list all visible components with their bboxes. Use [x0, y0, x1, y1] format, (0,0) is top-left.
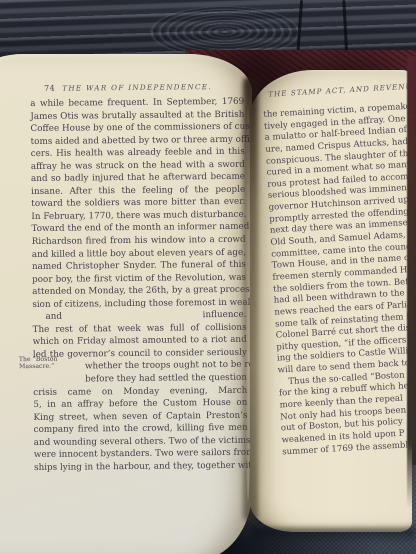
left-page-text: 74 THE WAR OF INDEPENDENCE. The “Boston …: [30, 80, 248, 475]
right-page: THE STAMP ACT, AND REVENUE LA the remain…: [250, 70, 412, 532]
right-page-body: the remaining victim, a ropemaker, had b…: [263, 100, 416, 458]
page-bottom-shadow: [252, 528, 416, 544]
page-number: 74: [44, 84, 55, 93]
book-photo-scene: 74 THE WAR OF INDEPENDENCE. The “Boston …: [0, 0, 416, 554]
margin-note-line: Massacre.”: [19, 363, 65, 371]
book-cover-edge: [407, 56, 416, 508]
text-line: ships lying in the harbour, and they, to…: [34, 460, 248, 475]
running-head-right: THE STAMP ACT, AND REVENUE LA: [262, 80, 416, 99]
left-page-header: 74 THE WAR OF INDEPENDENCE.: [30, 80, 244, 96]
right-page-text: THE STAMP ACT, AND REVENUE LA the remain…: [262, 80, 416, 458]
page-gutter-shadow: [243, 76, 258, 522]
left-page: 74 THE WAR OF INDEPENDENCE. The “Boston …: [0, 54, 252, 554]
left-page-body: The “Boston Massacre.” a while became fr…: [30, 96, 248, 475]
running-head-left: THE WAR OF INDEPENDENCE.: [30, 80, 244, 93]
margin-note: The “Boston Massacre.”: [19, 356, 65, 371]
